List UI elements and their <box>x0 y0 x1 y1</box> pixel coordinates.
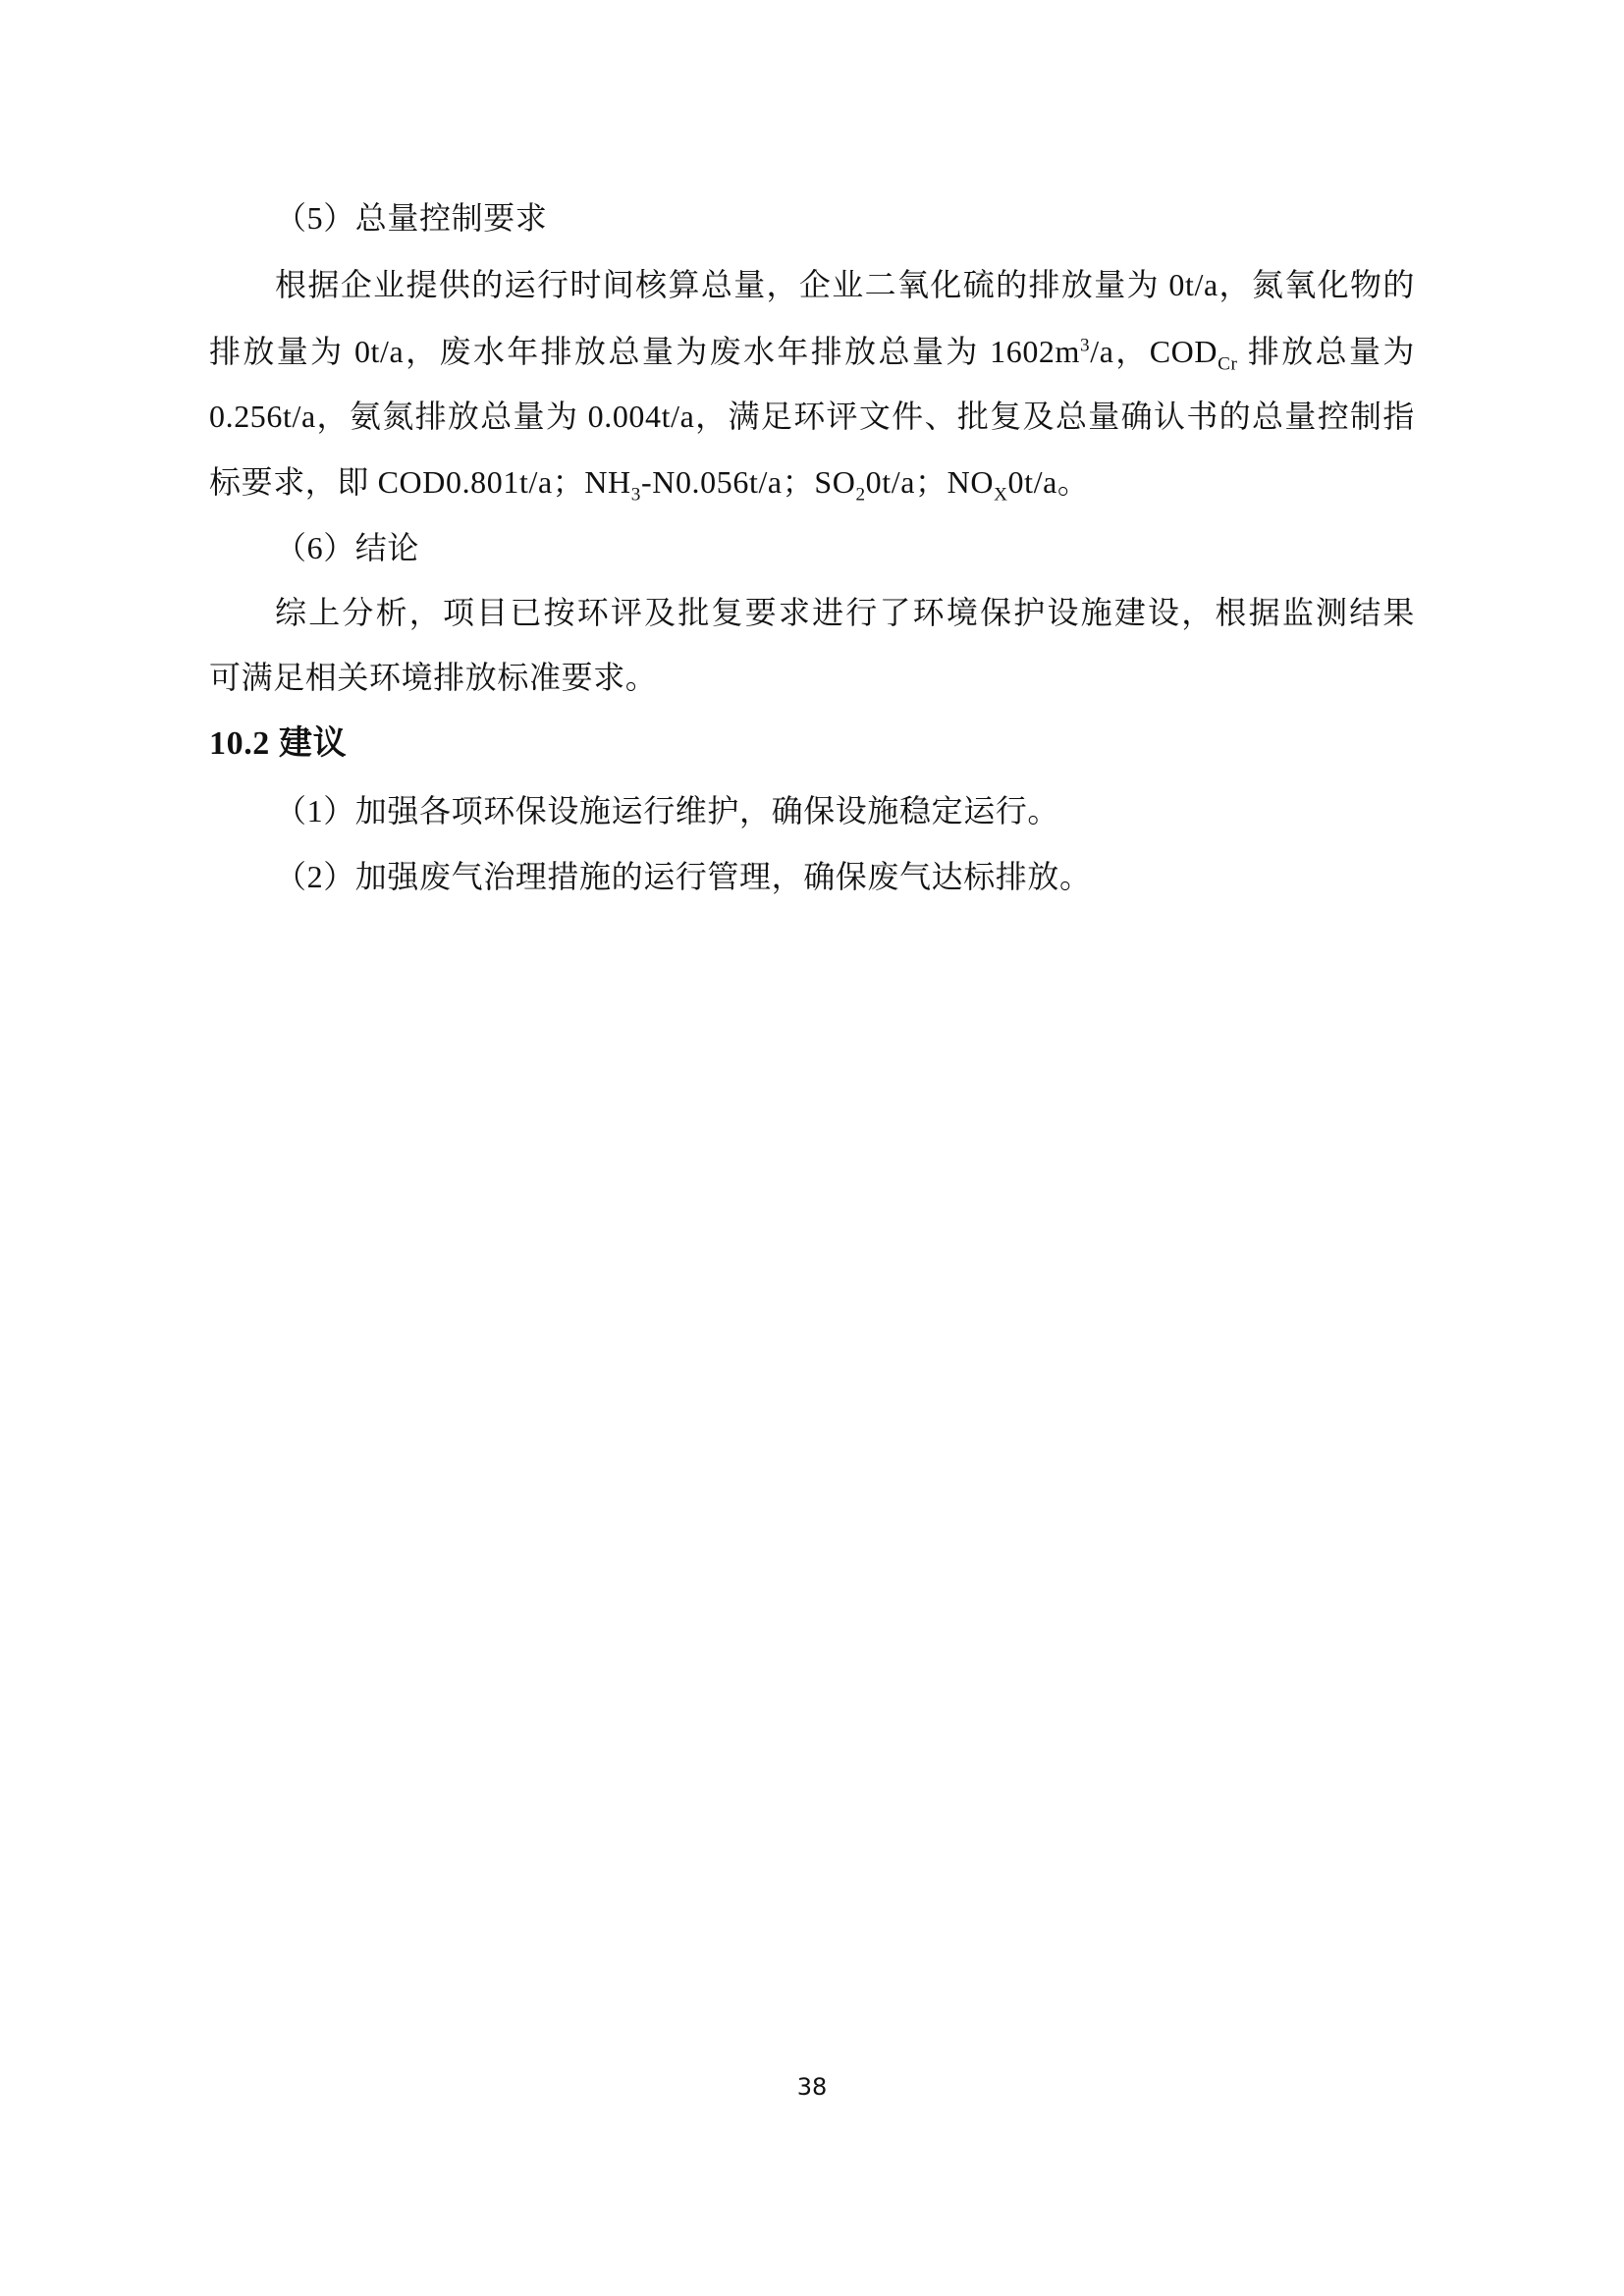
section-title-10-2: 10.2 建议 <box>209 724 347 764</box>
recommendation-item: （2）加强废气治理措施的运行管理，确保废气达标排放。 <box>275 857 1092 896</box>
paragraph-line: 根据企业提供的运行时间核算总量，企业二氧化硫的排放量为 0t/a，氮氧化物的 <box>275 265 1415 304</box>
subsection-heading-5: （5）总量控制要求 <box>275 198 547 238</box>
paragraph-line: 综上分析，项目已按环评及批复要求进行了环境保护设施建设，根据监测结果 <box>275 593 1415 632</box>
subsection-heading-6: （6）结论 <box>275 528 419 567</box>
paragraph-line: 0.256t/a，氨氮排放总量为 0.004t/a，满足环评文件、批复及总量确认… <box>209 397 1415 436</box>
recommendation-item: （1）加强各项环保设施运行维护，确保设施稳定运行。 <box>275 791 1059 830</box>
paragraph-line: 标要求，即 COD0.801t/a；NH3-N0.056t/a；SO20t/a；… <box>209 462 1090 502</box>
paragraph-line: 排放量为 0t/a，废水年排放总量为废水年排放总量为 1602m3/a，CODC… <box>209 332 1415 371</box>
paragraph-line: 可满足相关环境排放标准要求。 <box>209 658 657 697</box>
page-number: 38 <box>0 2073 1624 2101</box>
